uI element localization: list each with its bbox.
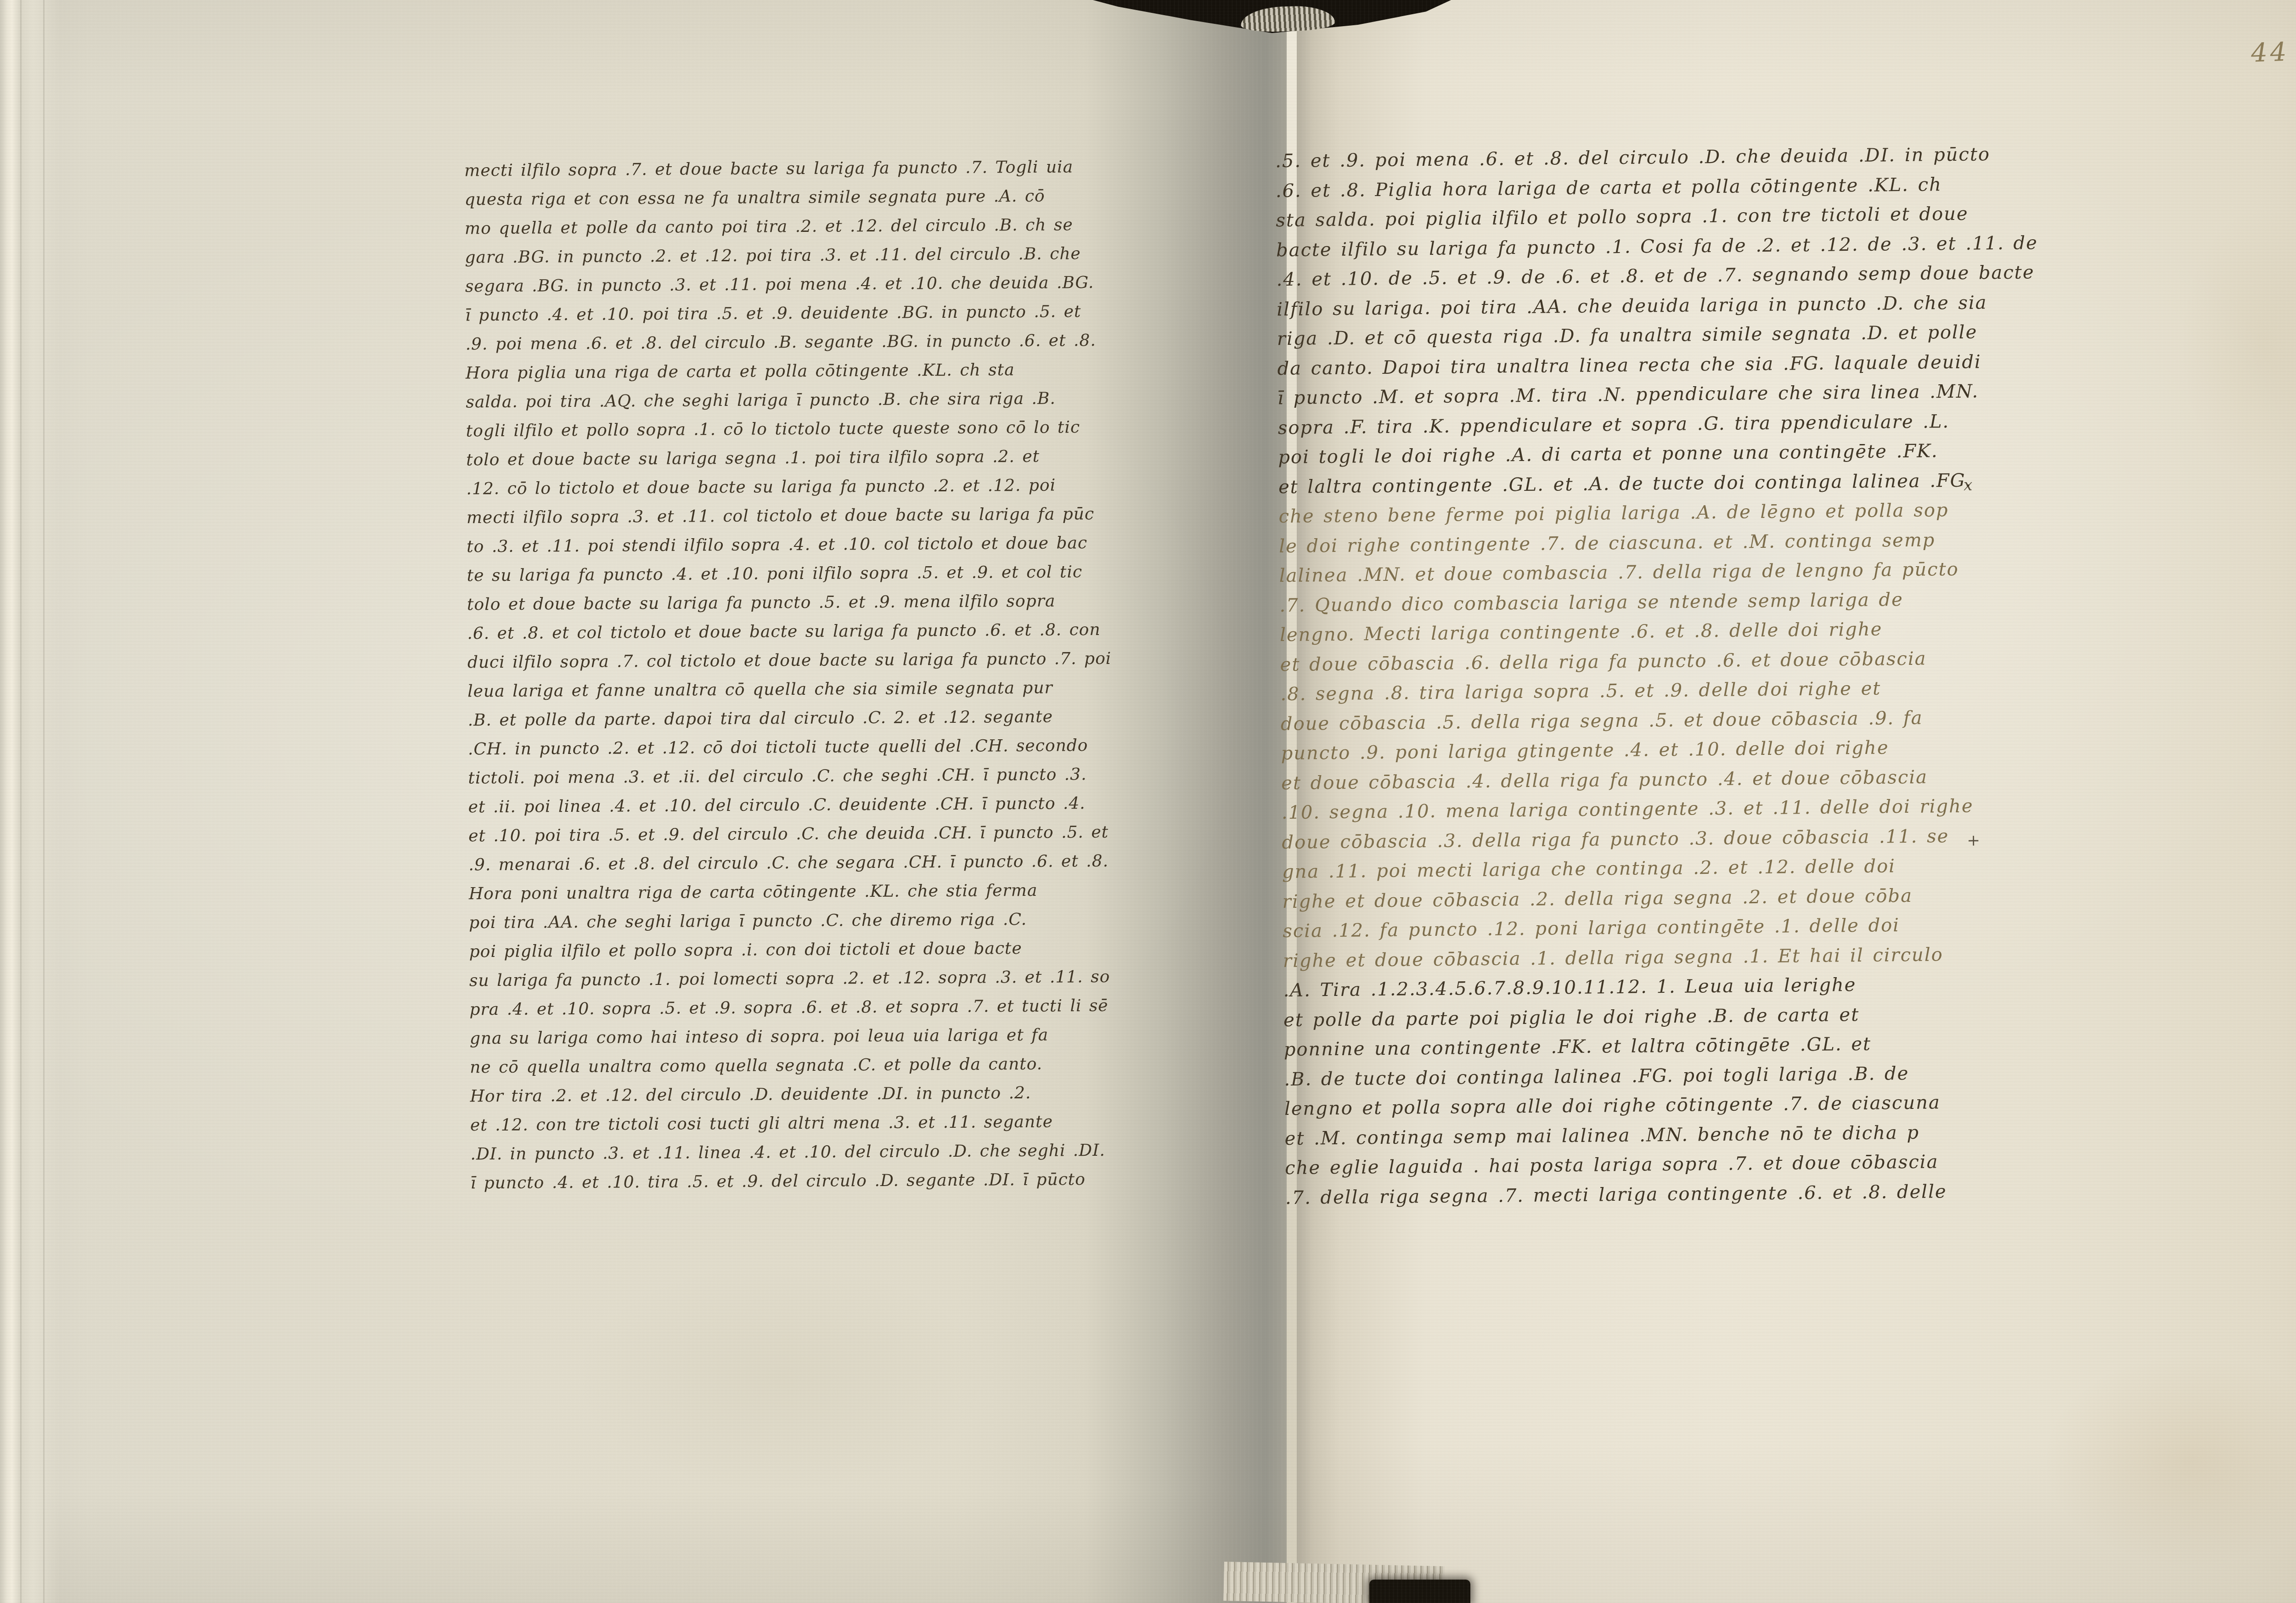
manuscript-line: tolo et doue bacte su lariga segna .1. p… — [466, 442, 1123, 475]
left-page-text: mecti ilfilo sopra .7. et doue bacte su … — [464, 152, 1127, 1198]
manuscript-photo: mecti ilfilo sopra .7. et doue bacte su … — [0, 0, 2296, 1603]
manuscript-line: pra .4. et .10. sopra .5. et .9. sopra .… — [469, 991, 1126, 1024]
manuscript-line: poi piglia ilfilo et pollo sopra .i. con… — [469, 934, 1125, 967]
manuscript-line: Hora piglia una riga de carta et polla c… — [466, 355, 1122, 388]
manuscript-line: to .3. et .11. poi stendi ilfilo sopra .… — [467, 529, 1123, 562]
manuscript-line: .CH. in puncto .2. et .12. cō doi tictol… — [468, 731, 1125, 764]
manuscript-line: su lariga fa puncto .1. poi lomecti sopr… — [469, 962, 1126, 996]
manuscript-line: Hor tira .2. et .12. del circulo .D. deu… — [470, 1078, 1126, 1111]
manuscript-line: tolo et doue bacte su lariga fa puncto .… — [467, 586, 1124, 619]
manuscript-line: poi tira .AA. che seghi lariga ī puncto … — [469, 905, 1125, 938]
manuscript-line: mecti ilfilo sopra .3. et .11. col ticto… — [467, 500, 1123, 533]
manuscript-line: et .10. poi tira .5. et .9. del circulo … — [468, 818, 1125, 851]
manuscript-line: .9. poi mena .6. et .8. del circulo .B. … — [465, 326, 1122, 359]
folio-number: 44 — [2251, 37, 2290, 68]
fore-edge-line — [20, 0, 22, 1603]
manuscript-line: mo quella et polle da canto poi tira .2.… — [465, 210, 1121, 243]
manuscript-line: gna su lariga como hai inteso di sopra. … — [470, 1020, 1126, 1053]
manuscript-line: togli ilfilo et pollo sopra .1. cō lo ti… — [466, 413, 1123, 446]
manuscript-line: ne cō quella unaltra como quella segnata… — [470, 1049, 1126, 1082]
manuscript-line: et .ii. poi linea .4. et .10. del circul… — [468, 789, 1125, 822]
manuscript-line: mecti ilfilo sopra .7. et doue bacte su … — [464, 152, 1121, 186]
manuscript-line: leua lariga et fanne unaltra cō quella c… — [467, 673, 1124, 706]
manuscript-line: ī puncto .4. et .10. tira .5. et .9. del… — [471, 1165, 1127, 1198]
manuscript-line: gara .BG. in puncto .2. et .12. poi tira… — [465, 239, 1121, 272]
manuscript-line: .9. menarai .6. et .8. del circulo .C. c… — [468, 847, 1125, 880]
fore-edge-line — [43, 0, 45, 1603]
manuscript-line: .12. cō lo tictolo et doue bacte su lari… — [466, 471, 1123, 504]
fore-edge-leaf-stack — [0, 0, 60, 1603]
margin-mark: + — [1967, 826, 1981, 855]
manuscript-line: ī puncto .4. et .10. poi tira .5. et .9.… — [465, 297, 1122, 330]
manuscript-line: tictoli. poi mena .3. et .ii. del circul… — [468, 760, 1125, 793]
right-page-text: .5. et .9. poi mena .6. et .8. del circu… — [1275, 140, 1965, 1213]
manuscript-line: et .12. con tre tictoli cosi tucti gli a… — [470, 1107, 1127, 1140]
manuscript-line: segara .BG. in puncto .3. et .11. poi me… — [465, 268, 1122, 301]
manuscript-line: questa riga et con essa ne fa unaltra si… — [464, 181, 1121, 214]
margin-mark: x — [1964, 470, 1974, 500]
manuscript-line: salda. poi tira .AQ. che seghi lariga ī … — [466, 384, 1122, 417]
manuscript-line: .DI. in puncto .3. et .11. linea .4. et … — [470, 1136, 1127, 1169]
manuscript-line: Hora poni unaltra riga de carta cōtingen… — [469, 876, 1125, 909]
bottom-gutter-shadow — [1369, 1580, 1470, 1603]
manuscript-line: .B. et polle da parte. dapoi tira dal ci… — [467, 702, 1124, 735]
manuscript-line: .6. et .8. et col tictolo et doue bacte … — [467, 615, 1124, 648]
manuscript-line: te su lariga fa puncto .4. et .10. poni … — [467, 557, 1123, 591]
manuscript-line: duci ilfilo sopra .7. col tictolo et dou… — [467, 644, 1124, 677]
